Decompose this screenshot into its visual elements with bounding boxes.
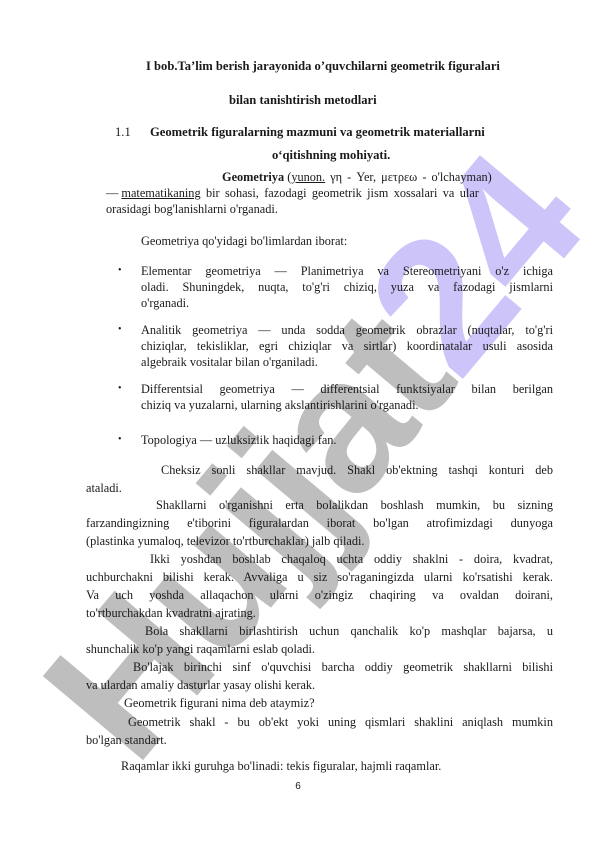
paragraph-line: ataladi.	[86, 481, 122, 496]
bullet-icon: •	[118, 383, 122, 394]
paragraph-line: Bola shakllarni birlashtirish uchun qanc…	[145, 624, 553, 639]
branch-line: Elementar geometriya — Planimetriya va S…	[141, 264, 553, 279]
paragraph-line: uchburchakni bilishi kerak. Avvaliga u s…	[86, 570, 553, 585]
document-page: Hujjat24 I bob.Ta’lim berish jarayonida …	[0, 0, 596, 842]
page-number: 6	[0, 781, 596, 792]
paragraph-line: Shakllarni o'rganishni erta bolalikdan b…	[156, 498, 553, 513]
bullet-icon: •	[118, 265, 122, 276]
intro-line3: orasidagi bog'lanishlarni o'rganadi.	[106, 202, 278, 217]
bullet-icon: •	[118, 434, 122, 445]
term-geometriya: Geometriya	[222, 170, 284, 184]
paragraph-line: (plastinka yumaloq, televizor to'rtburch…	[86, 534, 364, 549]
intro-line1: Geometriya (yunon. γη - Yer, μετρεω - o'…	[222, 170, 492, 185]
branch-line: o'rganadi.	[141, 296, 189, 311]
paragraph-line: Geometrik shakl - bu ob'ekt yoki uning q…	[128, 715, 553, 730]
intro-etymology: γη - Yer, μετρεω - o'lchayman)	[325, 170, 492, 184]
paragraph-line: Cheksiz sonli shakllar mavjud. Shakl ob'…	[161, 463, 553, 478]
intro-dash: —	[106, 186, 121, 200]
branch-line: chiziqlar, tekisliklar, egri chiziqlar v…	[141, 339, 553, 354]
paragraph-line: shunchalik ko'p yangi raqamlarni eslab q…	[86, 642, 315, 657]
section-title-line1: Geometrik figuralarning mazmuni va geome…	[150, 125, 485, 140]
paragraph-line: bo'lgan standart.	[86, 733, 167, 748]
branches-intro: Geometriya qo'yidagi bo'limlardan iborat…	[141, 234, 347, 249]
chapter-heading-line2: bilan tanishtirish metodlari	[229, 93, 377, 108]
paragraph-line: Va uch yoshda allaqachon ularni o'zingiz…	[86, 588, 553, 603]
paragraph-line: Raqamlar ikki guruhga bo'linadi: tekis f…	[121, 759, 441, 774]
link-yunon[interactable]: yunon.	[291, 170, 325, 184]
branch-line: Topologiya — uzluksizlik haqidagi fan.	[141, 433, 337, 448]
intro-definition: bir sohasi, fazodagi geometrik jism xoss…	[201, 186, 479, 200]
paragraph-line: Bo'lajak birinchi sinf o'quvchisi barcha…	[133, 660, 553, 675]
paragraph-line: Geometrik figurani nima deb ataymiz?	[124, 696, 315, 711]
branch-line: oladi. Shuningdek, nuqta, to'g'ri chiziq…	[141, 280, 553, 295]
section-title-line2: o‘qitishning mohiyati.	[272, 148, 390, 163]
branch-line: Differentsial geometriya — differentsial…	[141, 382, 553, 397]
paragraph-line: va ulardan amaliy dasturlar yasay olishi…	[86, 678, 315, 693]
bullet-icon: •	[118, 324, 122, 335]
paragraph-line: farzandingizning e'tiborini figuralardan…	[86, 516, 553, 531]
branch-line: Analitik geometriya — unda sodda geometr…	[141, 323, 553, 338]
link-matematikaning[interactable]: matematikaning	[121, 186, 200, 200]
page-content: I bob.Ta’lim berish jarayonida o’quvchil…	[0, 0, 596, 842]
chapter-heading-line1: I bob.Ta’lim berish jarayonida o’quvchil…	[146, 59, 500, 74]
intro-line2: — matematikaning bir sohasi, fazodagi ge…	[106, 186, 479, 201]
paragraph-line: to'rtburchakdan kvadratni ajrating.	[86, 606, 256, 621]
branch-line: chiziq va yuzalarni, ularning akslantiri…	[141, 398, 419, 413]
paragraph-line: Ikki yoshdan boshlab chaqaloq uchta oddi…	[150, 552, 553, 567]
branch-line: algebraik vositalar bilan o'rganiladi.	[141, 355, 318, 370]
section-number: 1.1	[115, 125, 131, 140]
